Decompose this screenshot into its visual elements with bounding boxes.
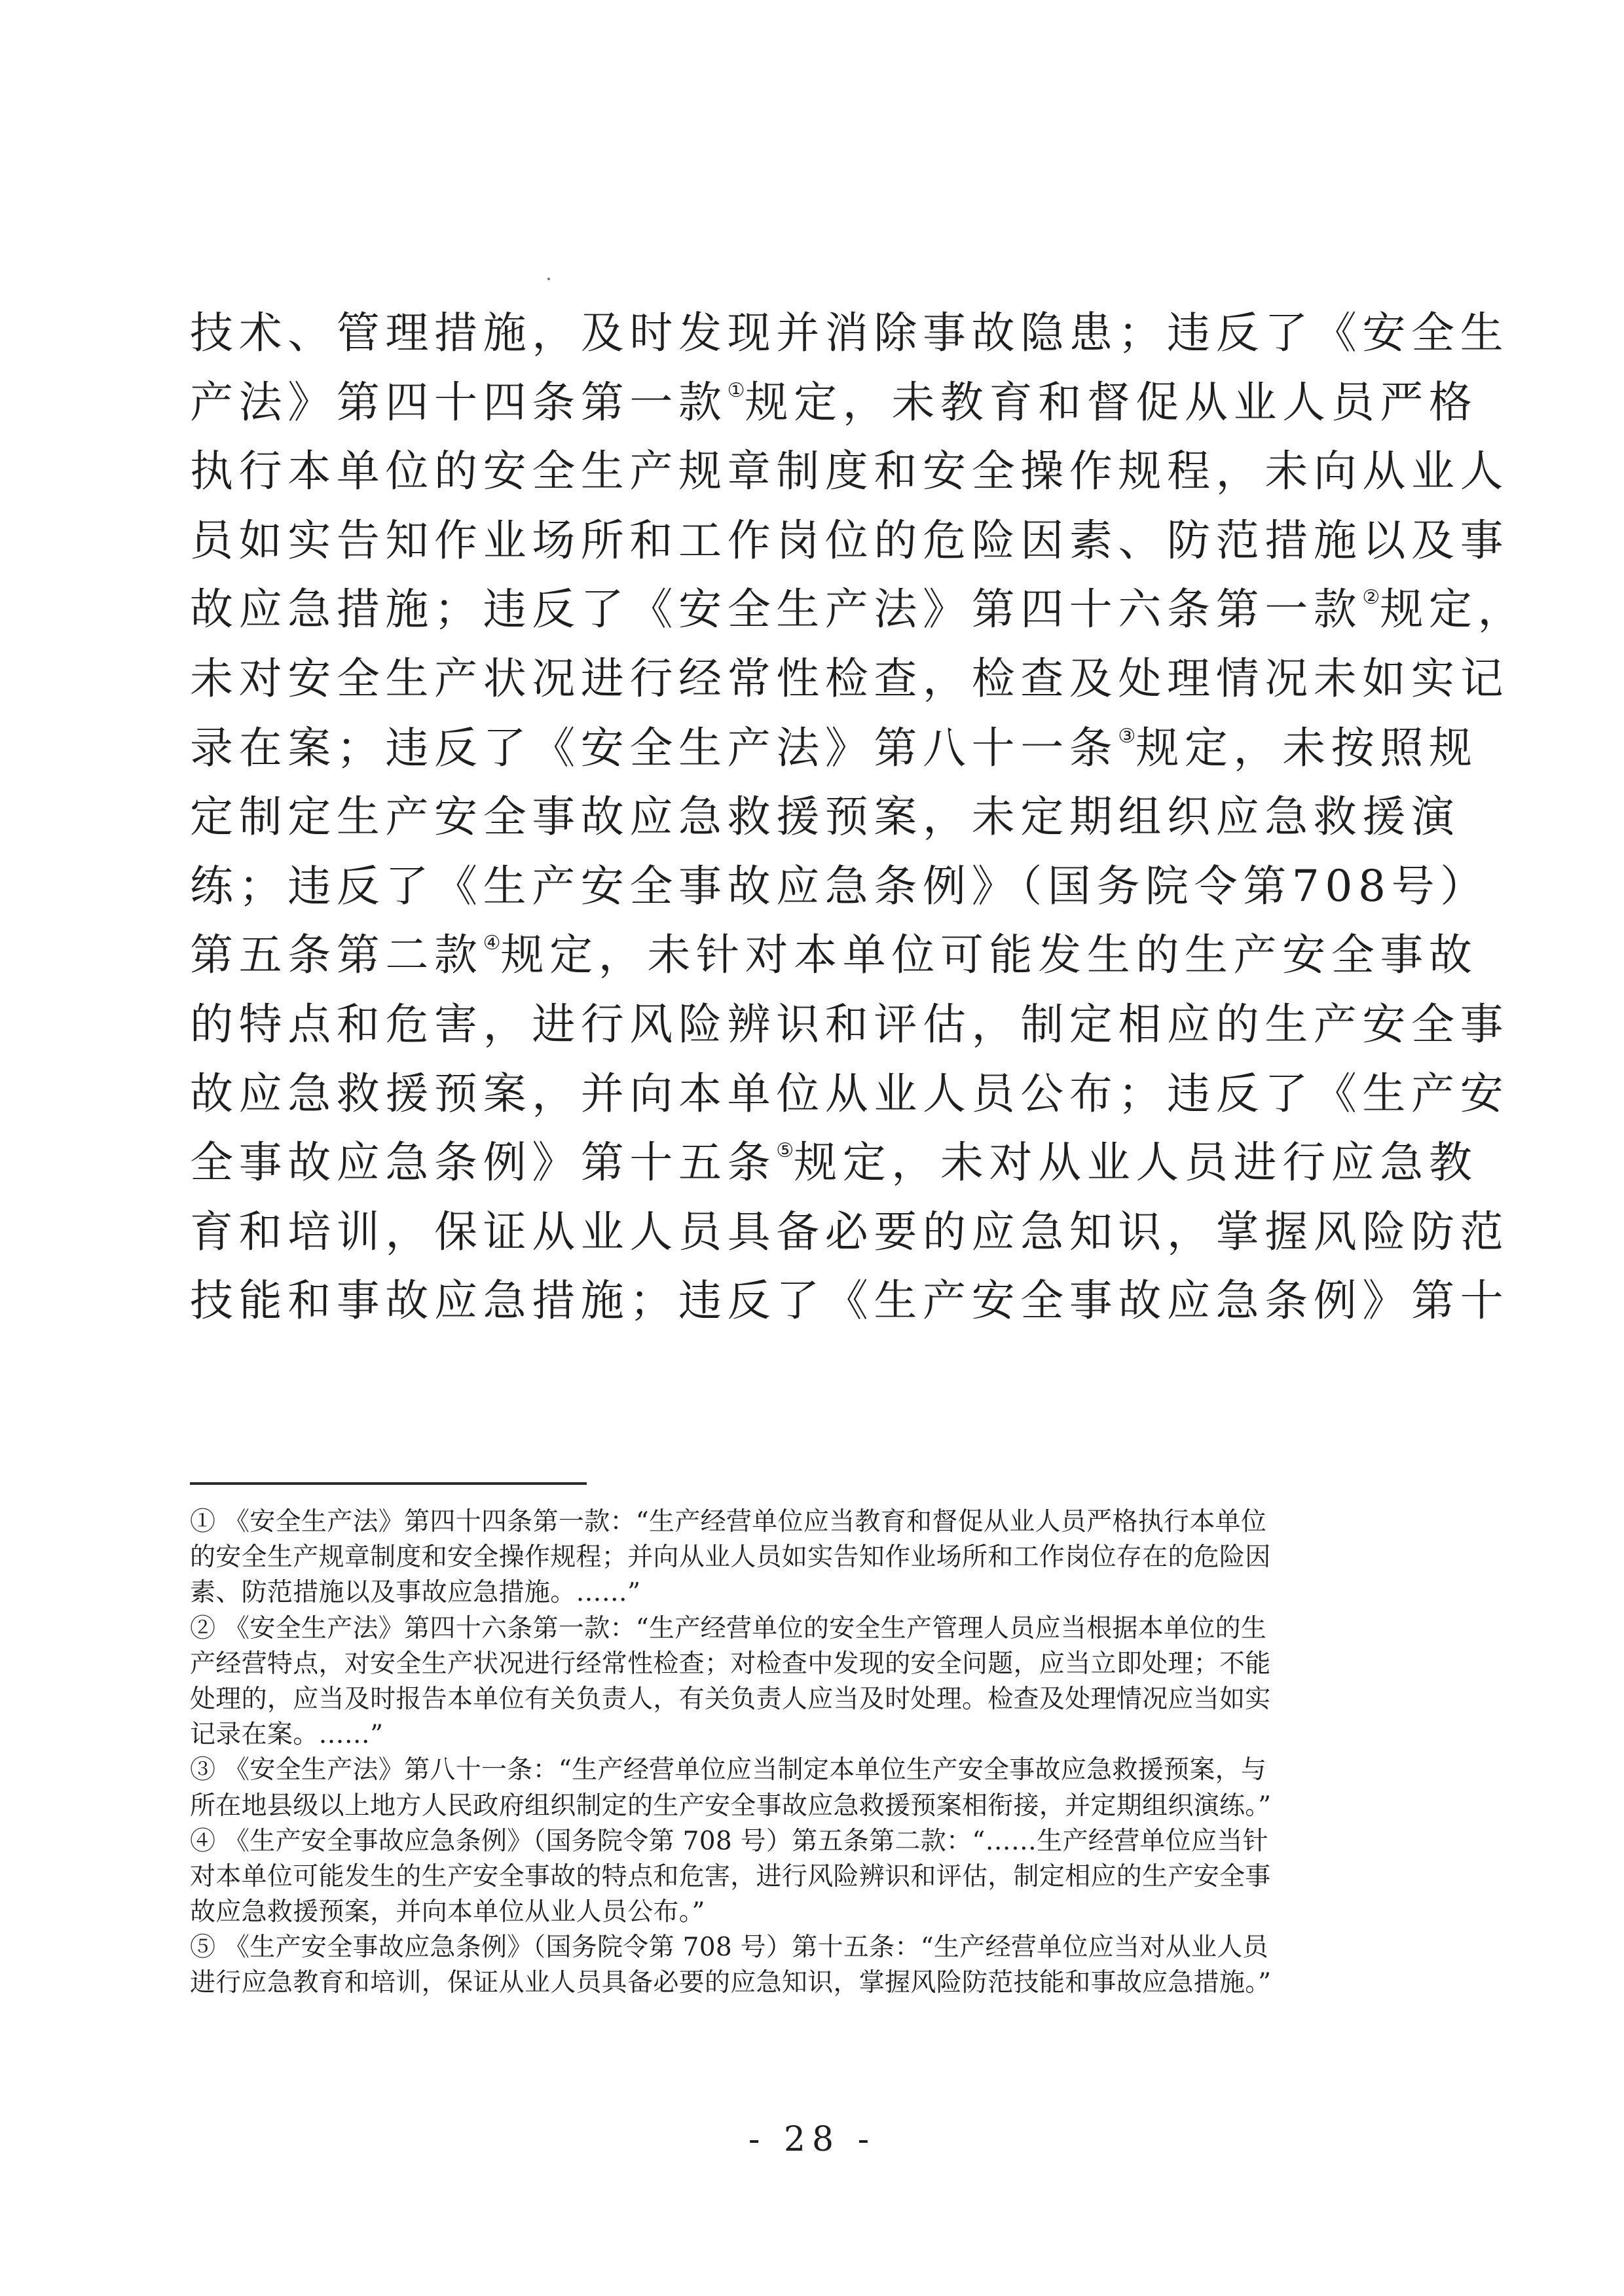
footnote-line: ② 《安全生产法》第四十六条第一款：“生产经营单位的安全生产管理人员应当根据本单…: [190, 1611, 1408, 1647]
body-text: 规定，未对从业人员进行应急教: [794, 1137, 1477, 1188]
body-text: 执行本单位的安全生产规章制度和安全操作规程，未向从业人: [190, 446, 1509, 496]
footnote-line: 的安全生产规章制度和安全操作规程；并向从业人员如实告知作业场所和工作岗位存在的危…: [190, 1540, 1408, 1575]
footnote-line: 所在地县级以上地方人民政府组织制定的生产安全事故应急救援预案相衔接，并定期组织演…: [190, 1789, 1408, 1824]
body-text: 练；违反了《生产安全事故应急条例》（国务院令第708号）: [190, 861, 1489, 911]
body-text: 定制定生产安全事故应急救援预案，未定期组织应急救援演: [190, 792, 1460, 842]
footnote-line: ③ 《安全生产法》第八十一条：“生产经营单位应当制定本单位生产安全事故应急救援预…: [190, 1753, 1408, 1788]
footnote-ref[interactable]: ①: [728, 379, 745, 402]
footnote-line: ① 《安全生产法》第四十四条第一款：“生产经营单位应当教育和督促从业人员严格执行…: [190, 1504, 1408, 1540]
body-line: 技能和事故应急措施；违反了《生产安全事故应急条例》第十: [190, 1266, 1369, 1336]
body-paragraph: 技术、管理措施，及时发现并消除事故隐患；违反了《安全生 产法》第四十四条第一款①…: [190, 299, 1369, 1336]
body-text: 规定，: [1380, 584, 1526, 634]
body-line: 全事故应急条例》第十五条⑤规定，未对从业人员进行应急教: [190, 1128, 1369, 1197]
body-text: 产法》第四十四条第一款: [190, 377, 728, 428]
footnote-separator: [190, 1482, 587, 1485]
page-number: - 28 -: [0, 2120, 1624, 2159]
body-line: 故应急措施；违反了《安全生产法》第四十六条第一款②规定，: [190, 575, 1369, 644]
body-text: 规定，未按照规: [1135, 723, 1477, 773]
body-text: 的特点和危害，进行风险辨识和评估，制定相应的生产安全事: [190, 999, 1509, 1049]
body-line: 员如实告知作业场所和工作岗位的危险因素、防范措施以及事: [190, 506, 1369, 575]
body-line: 定制定生产安全事故应急救援预案，未定期组织应急救援演: [190, 782, 1369, 852]
footnote-line: 处理的，应当及时报告本单位有关负责人，有关负责人应当及时处理。检查及处理情况应当…: [190, 1682, 1408, 1717]
body-line: 执行本单位的安全生产规章制度和安全操作规程，未向从业人: [190, 437, 1369, 506]
body-text: 未对安全生产状况进行经常性检查，检查及处理情况未如实记: [190, 653, 1509, 704]
body-line: 故应急救援预案，并向本单位从业人员公布；违反了《生产安: [190, 1059, 1369, 1129]
body-line: 未对安全生产状况进行经常性检查，检查及处理情况未如实记: [190, 644, 1369, 714]
footnote-line: ④ 《生产安全事故应急条例》（国务院令第 708 号）第五条第二款：“……生产经…: [190, 1824, 1408, 1859]
body-text: 规定，未教育和督促从业人员严格: [745, 377, 1478, 428]
footnote-line: 进行应急教育和培训，保证从业人员具备必要的应急知识，掌握风险防范技能和事故应急措…: [190, 1965, 1408, 2001]
body-line: 的特点和危害，进行风险辨识和评估，制定相应的生产安全事: [190, 990, 1369, 1059]
footnote-ref[interactable]: ③: [1118, 725, 1135, 748]
body-text: 员如实告知作业场所和工作岗位的危险因素、防范措施以及事: [190, 515, 1509, 566]
scan-speck: [547, 278, 550, 280]
footnote-ref[interactable]: ⑤: [776, 1139, 794, 1162]
body-line: 练；违反了《生产安全事故应急条例》（国务院令第708号）: [190, 852, 1369, 921]
body-line: 技术、管理措施，及时发现并消除事故隐患；违反了《安全生: [190, 299, 1369, 368]
body-text: 技能和事故应急措施；违反了《生产安全事故应急条例》第十: [190, 1275, 1509, 1326]
footnotes: ① 《安全生产法》第四十四条第一款：“生产经营单位应当教育和督促从业人员严格执行…: [190, 1504, 1408, 2001]
body-text: 故应急措施；违反了《安全生产法》第四十六条第一款: [190, 584, 1362, 634]
footnote-line: 故应急救援预案，并向本单位从业人员公布。”: [190, 1895, 1408, 1930]
footnote-ref[interactable]: ②: [1362, 586, 1380, 609]
body-text: 故应急救援预案，并向本单位从业人员公布；违反了《生产安: [190, 1068, 1509, 1119]
body-line: 产法》第四十四条第一款①规定，未教育和督促从业人员严格: [190, 368, 1369, 437]
body-text: 技术、管理措施，及时发现并消除事故隐患；违反了《安全生: [190, 308, 1509, 358]
body-line: 育和培训，保证从业人员具备必要的应急知识，掌握风险防范: [190, 1197, 1369, 1267]
body-text: 育和培训，保证从业人员具备必要的应急知识，掌握风险防范: [190, 1207, 1509, 1257]
footnote-line: 产经营特点，对安全生产状况进行经常性检查；对检查中发现的安全问题，应当立即处理；…: [190, 1647, 1408, 1682]
body-line: 录在案；违反了《安全生产法》第八十一条③规定，未按照规: [190, 714, 1369, 783]
body-text: 规定，未针对本单位可能发生的生产安全事故: [501, 930, 1478, 980]
footnote-line: 对本单位可能发生的生产安全事故的特点和危害，进行风险辨识和评估，制定相应的生产安…: [190, 1859, 1408, 1895]
footnote-line: 记录在案。……”: [190, 1717, 1408, 1753]
footnote-line: ⑤ 《生产安全事故应急条例》（国务院令第 708 号）第十五条：“生产经营单位应…: [190, 1930, 1408, 1965]
body-text: 录在案；违反了《安全生产法》第八十一条: [190, 723, 1118, 773]
body-text: 第五条第二款: [190, 930, 483, 980]
body-line: 第五条第二款④规定，未针对本单位可能发生的生产安全事故: [190, 920, 1369, 990]
footnote-line: 素、防范措施以及事故应急措施。……”: [190, 1575, 1408, 1611]
body-text: 全事故应急条例》第十五条: [190, 1137, 776, 1188]
footnote-ref[interactable]: ④: [483, 932, 501, 955]
